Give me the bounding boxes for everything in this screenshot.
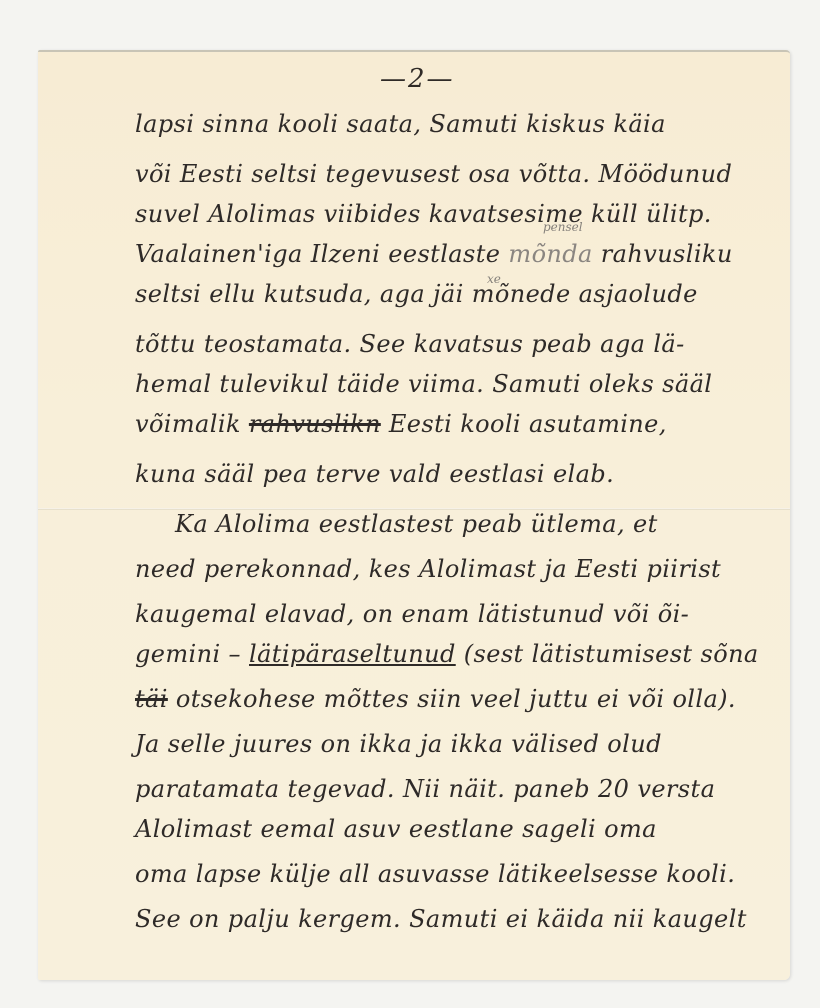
line-text: Ja selle juures on ikka ja ikka välised … [135, 730, 662, 758]
line-text: Vaalainen'iga Ilzeni eestlaste [135, 240, 508, 268]
text-line: gemini – lätipäraseltunud (sest lätistum… [135, 640, 759, 668]
line-text: kuna sääl pea terve vald eestlasi elab. [135, 460, 614, 488]
text-line: Alolimast eemal asuv eestlane sageli oma [135, 815, 657, 843]
text-line: need perekonnad, kes Alolimast ja Eesti … [135, 555, 721, 583]
pencil-annotation: pensel [543, 220, 583, 234]
text-line: kaugemal elavad, on enam lätistunud või … [135, 600, 689, 628]
text-line: seltsi ellu kutsuda, aga jäi mõnede asja… [135, 280, 698, 308]
text-line: paratamata tegevad. Nii näit. paneb 20 v… [135, 775, 715, 803]
struck-out-word: rahvuslikn [249, 410, 381, 438]
underlined-word: lätipäraseltunud [249, 640, 456, 668]
insertion-mark: xe [487, 272, 501, 286]
text-line: või Eesti seltsi tegevusest osa võtta. M… [135, 160, 732, 188]
line-text: suvel Alolimas viibides kavatsesime küll… [135, 200, 712, 228]
text-line: hemal tulevikul täide viima. Samuti olek… [135, 370, 712, 398]
page-number: —2— [380, 64, 455, 94]
pencil-correction: mõnda [508, 240, 592, 268]
line-text: Alolimast eemal asuv eestlane sageli oma [135, 815, 657, 843]
text-line: tõttu teostamata. See kavatsus peab aga … [135, 330, 685, 358]
line-text: (sest lätistumisest sõna [456, 640, 759, 668]
line-text: kaugemal elavad, on enam lätistunud või … [135, 600, 689, 628]
line-text: hemal tulevikul täide viima. Samuti olek… [135, 370, 712, 398]
text-line: täi otsekohese mõttes siin veel juttu ei… [135, 685, 736, 713]
line-text: oma lapse külje all asuvasse lätikeelses… [135, 860, 735, 888]
text-line: suvel Alolimas viibides kavatsesime küll… [135, 200, 712, 228]
text-line: oma lapse külje all asuvasse lätikeelses… [135, 860, 735, 888]
text-line: Ka Alolima eestlastest peab ütlema, et [175, 510, 658, 538]
text-line: võimalik rahvuslikn Eesti kooli asutamin… [135, 410, 667, 438]
line-text: paratamata tegevad. Nii näit. paneb 20 v… [135, 775, 715, 803]
text-line: Vaalainen'iga Ilzeni eestlaste mõnda rah… [135, 240, 733, 268]
text-line: Ja selle juures on ikka ja ikka välised … [135, 730, 662, 758]
line-text: See on palju kergem. Samuti ei käida nii… [135, 905, 747, 933]
line-text: need perekonnad, kes Alolimast ja Eesti … [135, 555, 721, 583]
text-line: kuna sääl pea terve vald eestlasi elab. [135, 460, 614, 488]
text-line: See on palju kergem. Samuti ei käida nii… [135, 905, 747, 933]
line-text: või Eesti seltsi tegevusest osa võtta. M… [135, 160, 732, 188]
line-text: gemini – [135, 640, 249, 668]
struck-out-word: täi [135, 685, 168, 713]
line-text: seltsi ellu kutsuda, aga jäi mõnede asja… [135, 280, 698, 308]
line-text: Ka Alolima eestlastest peab ütlema, et [175, 510, 658, 538]
line-text: lapsi sinna kooli saata, Samuti kiskus k… [135, 110, 666, 138]
text-line: lapsi sinna kooli saata, Samuti kiskus k… [135, 110, 666, 138]
line-text: võimalik [135, 410, 249, 438]
line-text: rahvusliku [593, 240, 733, 268]
line-text: Eesti kooli asutamine, [381, 410, 667, 438]
line-text: otsekohese mõttes siin veel juttu ei või… [168, 685, 736, 713]
line-text: tõttu teostamata. See kavatsus peab aga … [135, 330, 685, 358]
